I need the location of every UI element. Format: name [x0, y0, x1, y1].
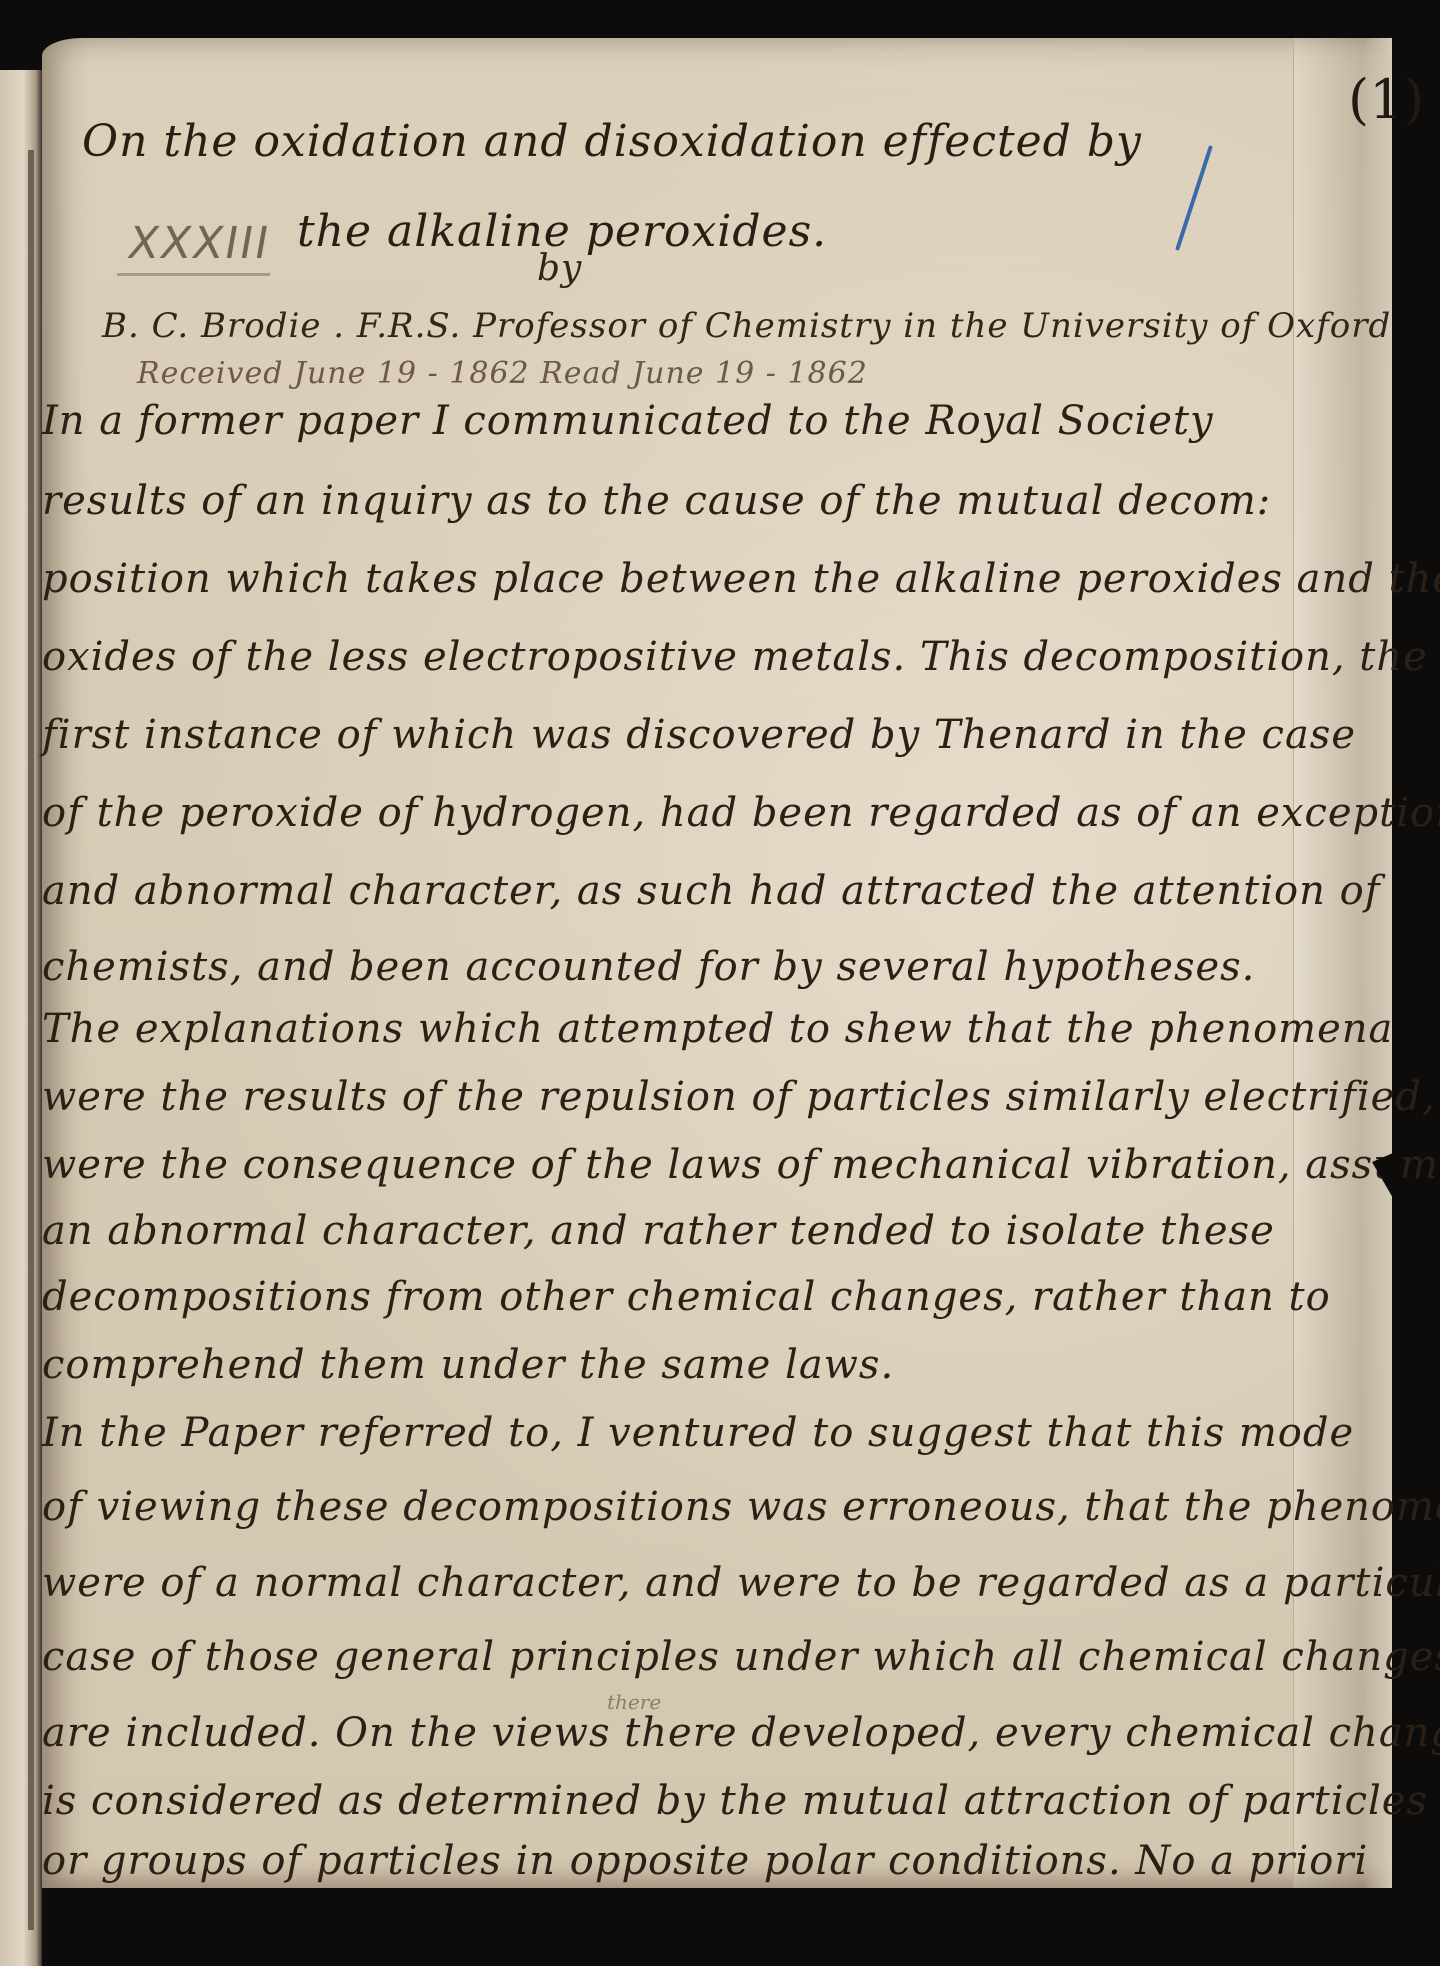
- body-line: In a former paper I communicated to the …: [42, 398, 1214, 444]
- adjacent-book-page-edge: [0, 70, 42, 1966]
- author-line: B. C. Brodie . F.R.S. Professor of Chemi…: [102, 306, 1391, 346]
- body-line: case of those general principles under w…: [42, 1634, 1440, 1680]
- title-line-1: On the oxidation and disoxidation effect…: [82, 116, 1142, 167]
- book-gutter-shadow: [28, 150, 34, 1930]
- body-line: chemists, and been accounted for by seve…: [42, 944, 1255, 990]
- body-line: were of a normal character, and were to …: [42, 1560, 1440, 1606]
- body-line: decompositions from other chemical chang…: [42, 1274, 1331, 1320]
- body-line: of viewing these decompositions was erro…: [42, 1484, 1440, 1530]
- received-read-dates: Received June 19 - 1862 Read June 19 - 1…: [137, 356, 868, 391]
- blue-pencil-mark: [1175, 145, 1213, 251]
- body-line: The explanations which attempted to shew…: [42, 1006, 1393, 1052]
- body-line: were the consequence of the laws of mech…: [42, 1142, 1440, 1188]
- byline: by: [537, 248, 582, 289]
- body-line: were the results of the repulsion of par…: [42, 1074, 1440, 1120]
- body-line: and abnormal character, as such had attr…: [42, 868, 1381, 914]
- body-line: first instance of which was discovered b…: [42, 712, 1356, 758]
- body-line: In the Paper referred to, I ventured to …: [42, 1410, 1354, 1456]
- body-line: results of an inquiry as to the cause of…: [42, 478, 1271, 524]
- body-line: is considered as determined by the mutua…: [42, 1778, 1428, 1824]
- folio-number: (1): [1348, 68, 1425, 131]
- manuscript-page: (1) XXXIII On the oxidation and disoxida…: [42, 38, 1392, 1888]
- body-line: comprehend them under the same laws.: [42, 1342, 894, 1388]
- body-line: are included. On the views there develop…: [42, 1710, 1440, 1756]
- body-line: or groups of particles in opposite polar…: [42, 1838, 1368, 1884]
- marginal-paper-numeral: XXXIII: [117, 218, 281, 276]
- body-line: of the peroxide of hydrogen, had been re…: [42, 790, 1440, 836]
- body-line: an abnormal character, and rather tended…: [42, 1208, 1275, 1254]
- body-line: position which takes place between the a…: [42, 556, 1440, 602]
- body-line: oxides of the less electropositive metal…: [42, 634, 1428, 680]
